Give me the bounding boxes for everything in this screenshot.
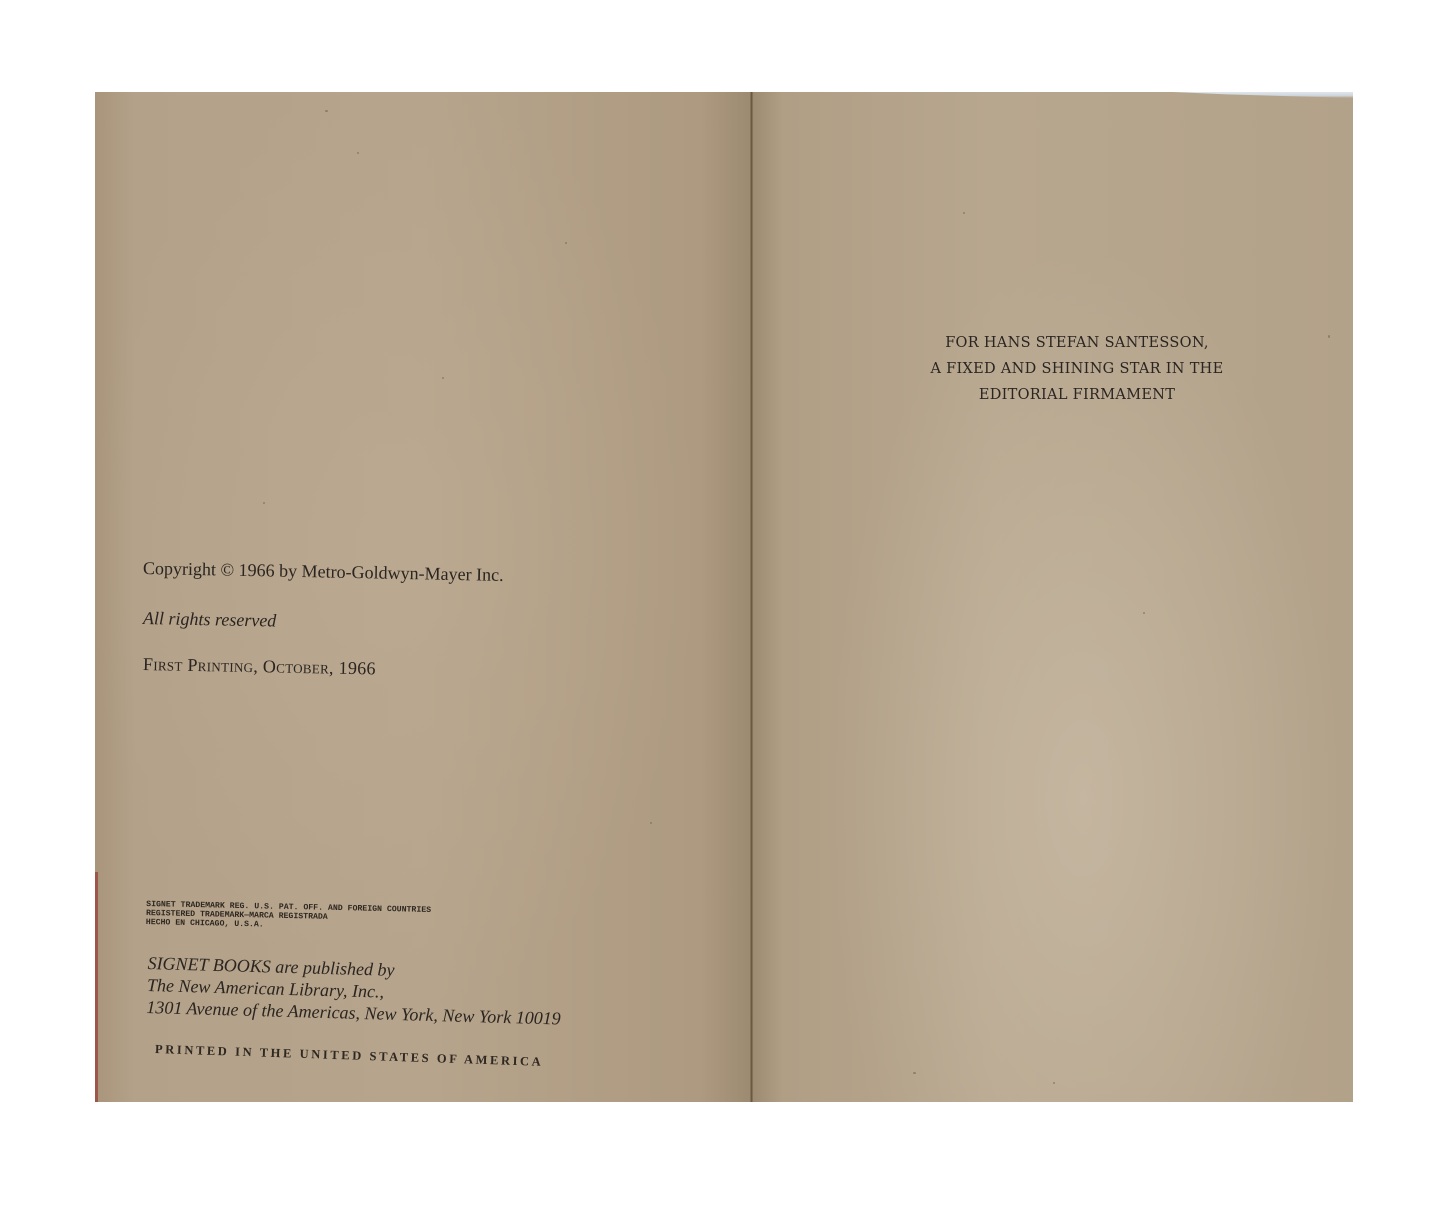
page-edge-stain xyxy=(95,872,98,1102)
paper-speck xyxy=(650,822,652,824)
paper-speck xyxy=(913,1072,916,1074)
dedication-line: A FIXED AND SHINING STAR IN THE xyxy=(929,356,1225,382)
copyright-line: Copyright © 1966 by Metro-Goldwyn-Mayer … xyxy=(143,558,504,586)
copyright-page: Copyright © 1966 by Metro-Goldwyn-Mayer … xyxy=(95,92,753,1102)
page-corner-curl xyxy=(1173,92,1353,98)
paper-speck xyxy=(1328,335,1330,338)
paper-speck xyxy=(1143,612,1145,614)
paper-speck xyxy=(442,377,444,379)
book-gutter xyxy=(750,92,753,1102)
trademark-notice: SIGNET TRADEMARK REG. U.S. PAT. OFF. AND… xyxy=(146,900,431,933)
dedication-line: FOR HANS STEFAN SANTESSON, xyxy=(929,330,1225,356)
paper-speck xyxy=(1053,1082,1055,1084)
book-spread: Copyright © 1966 by Metro-Goldwyn-Mayer … xyxy=(95,92,1353,1102)
rights-reserved-line: All rights reserved xyxy=(143,608,277,632)
paper-speck xyxy=(325,110,328,112)
first-printing-line: First Printing, October, 1966 xyxy=(143,654,376,679)
paper-speck xyxy=(565,242,567,244)
printed-in-line: PRINTED IN THE UNITED STATES OF AMERICA xyxy=(155,1042,544,1070)
dedication-line: EDITORIAL FIRMAMENT xyxy=(929,382,1225,408)
paper-speck xyxy=(963,212,965,214)
dedication-page: FOR HANS STEFAN SANTESSON, A FIXED AND S… xyxy=(753,92,1353,1102)
publisher-block: SIGNET BOOKS are published by The New Am… xyxy=(146,952,562,1030)
paper-speck xyxy=(263,502,265,504)
dedication: FOR HANS STEFAN SANTESSON, A FIXED AND S… xyxy=(753,330,1353,408)
paper-speck xyxy=(357,152,359,154)
